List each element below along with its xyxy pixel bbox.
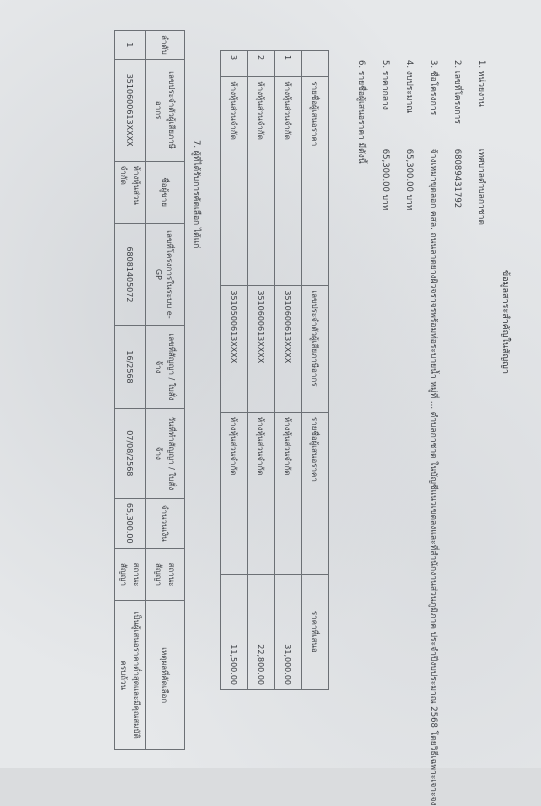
cell-status: สถานะสัญญา [115, 548, 146, 601]
item-value: 65,300.00 บาท [404, 149, 414, 211]
item-project-number: 2. เลขที่โครงการ 68089431792 [451, 60, 465, 208]
table-row: 1 3510600613XXXX ห้างหุ้นส่วนจำกัด 68081… [115, 31, 146, 750]
winner-table: ลำดับ เลขประจำตัวผู้เสียภาษีอากร ชื่อผู้… [114, 30, 185, 750]
cell-selected: ห้างหุ้นส่วนจำกัด [221, 412, 248, 574]
cell-tax-id: 3510600613XXXX [115, 59, 146, 161]
table-header: สถานะสัญญา [146, 548, 185, 601]
table-header: เลขประจำตัวผู้เสียภาษีอากร [302, 286, 329, 413]
cell-vendor: ห้างหุ้นส่วนจำกัด [115, 161, 146, 223]
table-header [302, 51, 329, 77]
item-label: 3. ชื่อโครงการ [427, 60, 441, 146]
item-label: 1. หน่วยงาน [475, 60, 489, 146]
section-7-title: 7. ผู้ที่ได้รับการคัดเลือก ได้แก่ [190, 140, 204, 248]
cell-no: 3 [221, 51, 248, 77]
cell-tax-id: 3510600613XXXX [275, 286, 302, 413]
table-row: 2 ห้างหุ้นส่วนจำกัด 3510600613XXXX ห้างห… [248, 51, 275, 690]
rotated-document-page: ข้อมูลสาระสำคัญในสัญญา 1. หน่วยงาน เทศบา… [0, 0, 541, 768]
item-budget: 4. งบประมาณ 65,300.00 บาท [403, 60, 417, 210]
item-label: 5. ราคากลาง [379, 60, 393, 146]
table-header: รายชื่อผู้เสนอราคา [302, 77, 329, 286]
cell-name: ห้างหุ้นส่วนจำกัด [275, 77, 302, 286]
table-header-row: รายชื่อผู้เสนอราคา เลขประจำตัวผู้เสียภาษ… [302, 51, 329, 690]
item-value: จ้างเหมาขุดลอก คสล. ถนนลาดยางผิวจราจรพร้… [428, 149, 438, 768]
table-header: เลขที่โครงการในระบบ e-GP [146, 223, 185, 326]
cell-contract-number: 16/2568 [115, 326, 146, 409]
cell-no: 2 [248, 51, 275, 77]
item-median-price: 5. ราคากลาง 65,300.00 บาท [379, 60, 393, 210]
document-heading: ข้อมูลสาระสำคัญในสัญญา [499, 270, 513, 374]
item-bidders: 6. รายชื่อผู้เสนอราคา มีดังนี้ [355, 60, 369, 164]
cell-price: 31,000.00 [275, 574, 302, 689]
cell-selected: ห้างหุ้นส่วนจำกัด [275, 412, 302, 574]
cell-egp-number: 68081405072 [115, 223, 146, 326]
table-header: ราคาที่เสนอ [302, 574, 329, 689]
cell-reason: เป็นผู้เสนอราคาต่ำสุดและมีคุณสมบัติครบถ้… [115, 601, 146, 750]
table-header: ชื่อผู้ขาย [146, 161, 185, 223]
item-project-name: 3. ชื่อโครงการ จ้างเหมาขุดลอก คสล. ถนนลา… [427, 60, 441, 768]
table-header: ลำดับ [146, 31, 185, 60]
cell-name: ห้างหุ้นส่วนจำกัด [221, 77, 248, 286]
cell-name: ห้างหุ้นส่วนจำกัด [248, 77, 275, 286]
cell-no: 1 [275, 51, 302, 77]
item-label: 6. รายชื่อผู้เสนอราคา [356, 60, 366, 140]
table-header: เลขประจำตัวผู้เสียภาษีอากร [146, 59, 185, 161]
item-label: 2. เลขที่โครงการ [451, 60, 465, 146]
item-value: มีดังนี้ [356, 143, 366, 164]
table-header: เหตุผลที่คัดเลือก [146, 601, 185, 750]
table-row: 3 ห้างหุ้นส่วนจำกัด 3510500613XXXX ห้างห… [221, 51, 248, 690]
table-row: 1 ห้างหุ้นส่วนจำกัด 3510600613XXXX ห้างห… [275, 51, 302, 690]
table-header: เลขที่สัญญา / ใบสั่งจ้าง [146, 326, 185, 409]
cell-selected: ห้างหุ้นส่วนจำกัด [248, 412, 275, 574]
table-header: รายชื่อผู้เสนอราคา [302, 412, 329, 574]
item-value: เทศบาลตำบลกาชาด [476, 149, 486, 225]
cell-tax-id: 3510600613XXXX [248, 286, 275, 413]
cell-tax-id: 3510500613XXXX [221, 286, 248, 413]
cell-price: 22,800.00 [248, 574, 275, 689]
item-label: 4. งบประมาณ [403, 60, 417, 146]
table-header-row: ลำดับ เลขประจำตัวผู้เสียภาษีอากร ชื่อผู้… [146, 31, 185, 750]
bidders-table: รายชื่อผู้เสนอราคา เลขประจำตัวผู้เสียภาษ… [220, 50, 329, 690]
item-value: 68089431792 [452, 149, 462, 209]
item-agency: 1. หน่วยงาน เทศบาลตำบลกาชาด [475, 60, 489, 225]
table-header: วันที่ทำสัญญา / ใบสั่งจ้าง [146, 408, 185, 498]
cell-price: 11,500.00 [221, 574, 248, 689]
item-value: 65,300.00 บาท [380, 149, 390, 211]
table-header: จำนวนเงิน [146, 498, 185, 548]
cell-contract-date: 07/08/2568 [115, 408, 146, 498]
cell-no: 1 [115, 31, 146, 60]
cell-amount: 65,300.00 [115, 498, 146, 548]
